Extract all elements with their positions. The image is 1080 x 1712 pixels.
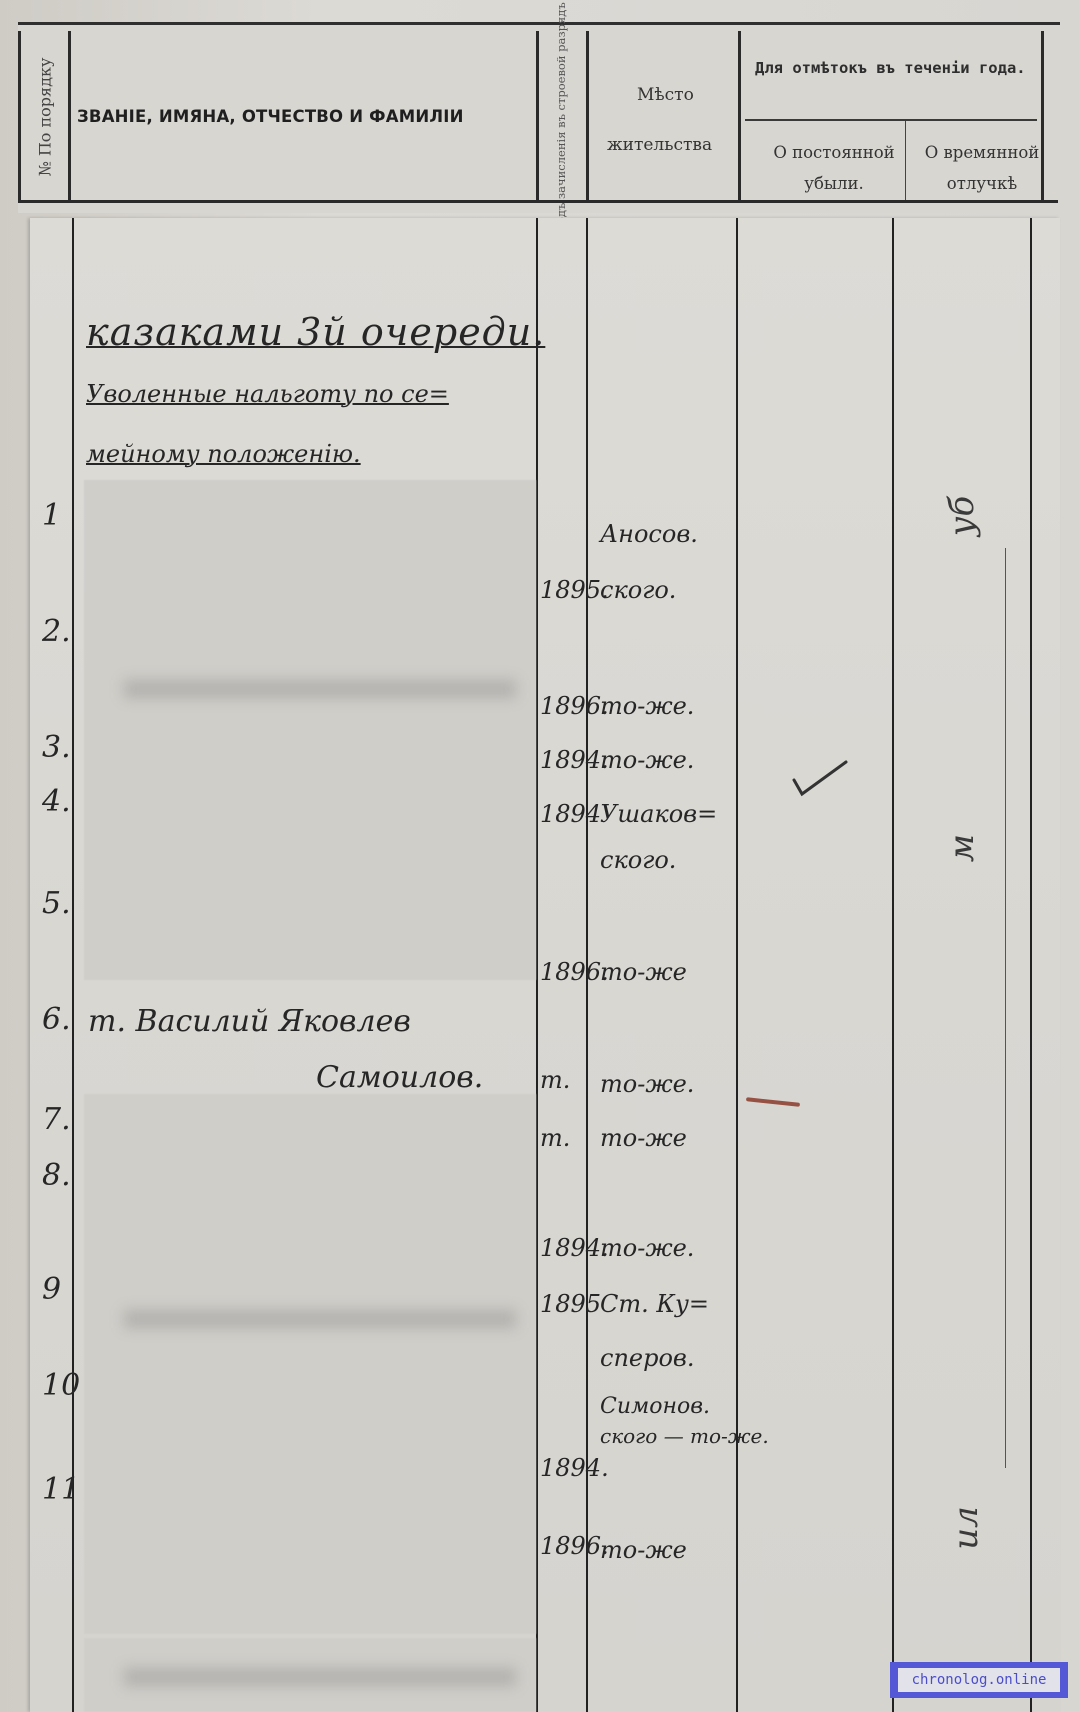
header-permanent-loss: О постоянной убыли. [759, 137, 909, 199]
header-bottom-rule [18, 200, 1058, 203]
checkmark-icon [790, 758, 850, 798]
margin-note-bottom: ил [946, 1506, 986, 1550]
column-rule [1030, 218, 1032, 1712]
header-col-number: № По порядку [18, 31, 69, 203]
row-number: 2. [42, 614, 71, 649]
header-temporary-absence: О времянной отлучкѣ [907, 137, 1057, 199]
margin-bracket-line [1005, 908, 1006, 1468]
row-number: 11 [42, 1472, 80, 1507]
row-place: то-же. [600, 746, 694, 774]
row-number: 7. [42, 1102, 71, 1137]
header-divider [745, 119, 1037, 121]
row-number: 1 [42, 498, 61, 533]
row-place: Ушаков= [600, 800, 717, 828]
row-year: 1896. [540, 692, 609, 720]
redacted-names-1-5 [84, 480, 536, 980]
margin-bracket-line [1005, 548, 1006, 918]
header-col-name: ЗВАНІЕ, ИМЯНА, ОТЧЕСТВО И ФАМИЛІИ [68, 31, 555, 203]
row-place: ского. [600, 576, 676, 604]
row-place: то-же. [600, 1234, 694, 1262]
row-year: 1895. [540, 576, 609, 604]
ledger-sheet: казаками 3й очереди. Уволенные нальготу … [30, 218, 1060, 1712]
row-place: Аносов. [600, 520, 698, 548]
header-col-year: Годъ зачисленія въ строевой разрядъ [536, 31, 583, 203]
red-pencil-mark [746, 1097, 800, 1107]
margin-note-top: уб [942, 496, 982, 536]
row-place: ского — то-же. [600, 1424, 769, 1448]
row-year: 1894. [540, 1234, 609, 1262]
row-place: сперов. [600, 1344, 695, 1372]
row-place: ского. [600, 846, 676, 874]
margin-note-mid: м [942, 834, 982, 862]
row-place: то-же [600, 958, 687, 986]
section-title: казаками 3й очереди. [86, 310, 545, 354]
row-6-name-line1: т. Василий Яковлев [88, 1004, 411, 1039]
table-header: № По порядку ЗВАНІЕ, ИМЯНА, ОТЧЕСТВО И Ф… [18, 22, 1060, 213]
row-number: 3. [42, 730, 71, 765]
row-year: т. [540, 1066, 570, 1094]
row-year: 1894 [540, 800, 601, 828]
row-year: т. [540, 1124, 570, 1152]
column-rule [736, 218, 738, 1712]
header-col-place: Мѣсто жительства [586, 31, 739, 203]
row-place: Симонов. [600, 1394, 710, 1419]
column-rule [536, 218, 538, 1712]
row-year: 1894. [540, 746, 609, 774]
watermark: chronolog.online [890, 1662, 1068, 1698]
row-6-name-line2: Самоилов. [316, 1060, 483, 1095]
row-number: 10 [42, 1368, 80, 1403]
row-place: то-же. [600, 692, 694, 720]
row-year: 1894. [540, 1454, 609, 1482]
row-number: 6. [42, 1002, 71, 1037]
redacted-names-7-11 [84, 1094, 536, 1634]
row-place: Ст. Ку= [600, 1290, 709, 1318]
redacted-names-11 [84, 1638, 536, 1712]
row-number: 9 [42, 1272, 61, 1307]
row-number: 5. [42, 886, 71, 921]
row-number: 4. [42, 784, 71, 819]
section-subtitle-2: мейному положенію. [86, 440, 361, 468]
row-number: 8. [42, 1158, 71, 1193]
section-subtitle-1: Уволенные нальготу по се= [86, 380, 449, 408]
row-place: то-же [600, 1536, 687, 1564]
row-place: то-же. [600, 1070, 694, 1098]
row-place: то-же [600, 1124, 687, 1152]
column-rule [892, 218, 894, 1712]
row-year: 1896. [540, 958, 609, 986]
header-col-marks: Для отмѣтокъ въ теченіи года. О постоянн… [738, 31, 1044, 203]
row-year: 1896. [540, 1532, 609, 1560]
row-year: 1895 [540, 1290, 601, 1318]
